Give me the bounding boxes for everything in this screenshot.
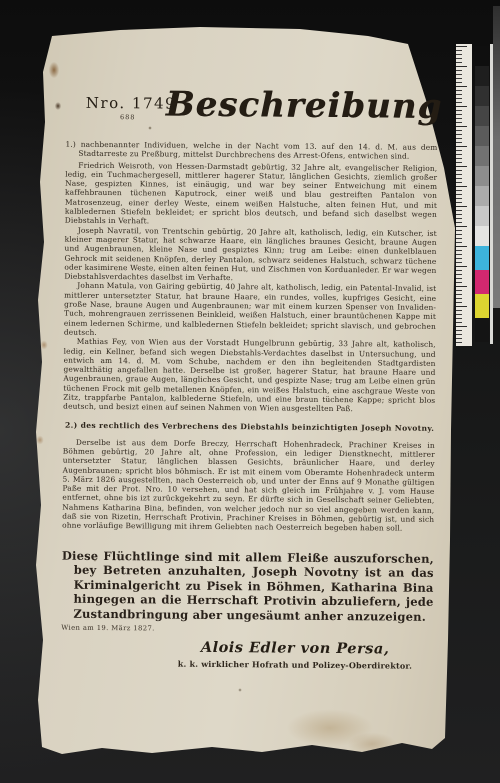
yellow-patch (475, 294, 489, 318)
black-patch (475, 318, 489, 342)
grayscale-step (475, 226, 489, 246)
description-weisroth: Friedrich Weisroth, von Hessen-Darmstadt… (65, 160, 438, 228)
section2-heading: 2.) des rechtlich des Verbrechens des Di… (65, 420, 435, 432)
description-matula: Johann Matula, von Gairing gebürtig, 40 … (64, 281, 436, 340)
grayscale-color-wedge (475, 46, 489, 342)
grayscale-step (475, 66, 489, 86)
intro-paragraph: 1.) nachbenannter Individuen, welche in … (65, 140, 437, 162)
document-content: Nro. 1749 688 Beschreibung 1.) nachbenan… (61, 86, 438, 671)
grayscale-step (475, 86, 489, 106)
document-header: Nro. 1749 688 Beschreibung (66, 86, 438, 143)
document-title: Beschreibung (166, 85, 381, 127)
grayscale-step (475, 206, 489, 226)
grayscale-step (475, 186, 489, 206)
description-novotny: Derselbe ist aus dem Dorfe Breczy, Herrs… (62, 437, 435, 533)
filing-number: 688 (86, 113, 170, 122)
grayscale-step (475, 146, 489, 166)
document-number: Nro. 1749 (86, 94, 170, 113)
grayscale-step (475, 106, 489, 126)
calibration-gray-band (493, 6, 500, 308)
grayscale-step (475, 126, 489, 146)
measurement-ruler (456, 44, 472, 346)
document-number-block: Nro. 1749 688 (86, 94, 170, 122)
signature-block: Alois Edler von Persa, k. k. wirklicher … (61, 638, 433, 671)
photo-background: Nro. 1749 688 Beschreibung 1.) nachbenan… (0, 0, 500, 783)
grayscale-step (475, 46, 489, 66)
dateline: Wien am 19. März 1827. (61, 624, 433, 635)
closing-order: Diese Flüchtlinge sind mit allem Fleiße … (61, 548, 434, 624)
description-fey: Mathias Fey, von Wien aus der Vorstadt H… (63, 337, 436, 415)
calibration-white-edge (490, 44, 493, 344)
grayscale-step (475, 166, 489, 186)
cyan-patch (475, 246, 489, 270)
magenta-patch (475, 270, 489, 294)
signature-name: Alois Edler von Persa, (157, 639, 433, 658)
description-navratil: Joseph Navratil, von Trentschin gebürtig… (64, 225, 436, 284)
